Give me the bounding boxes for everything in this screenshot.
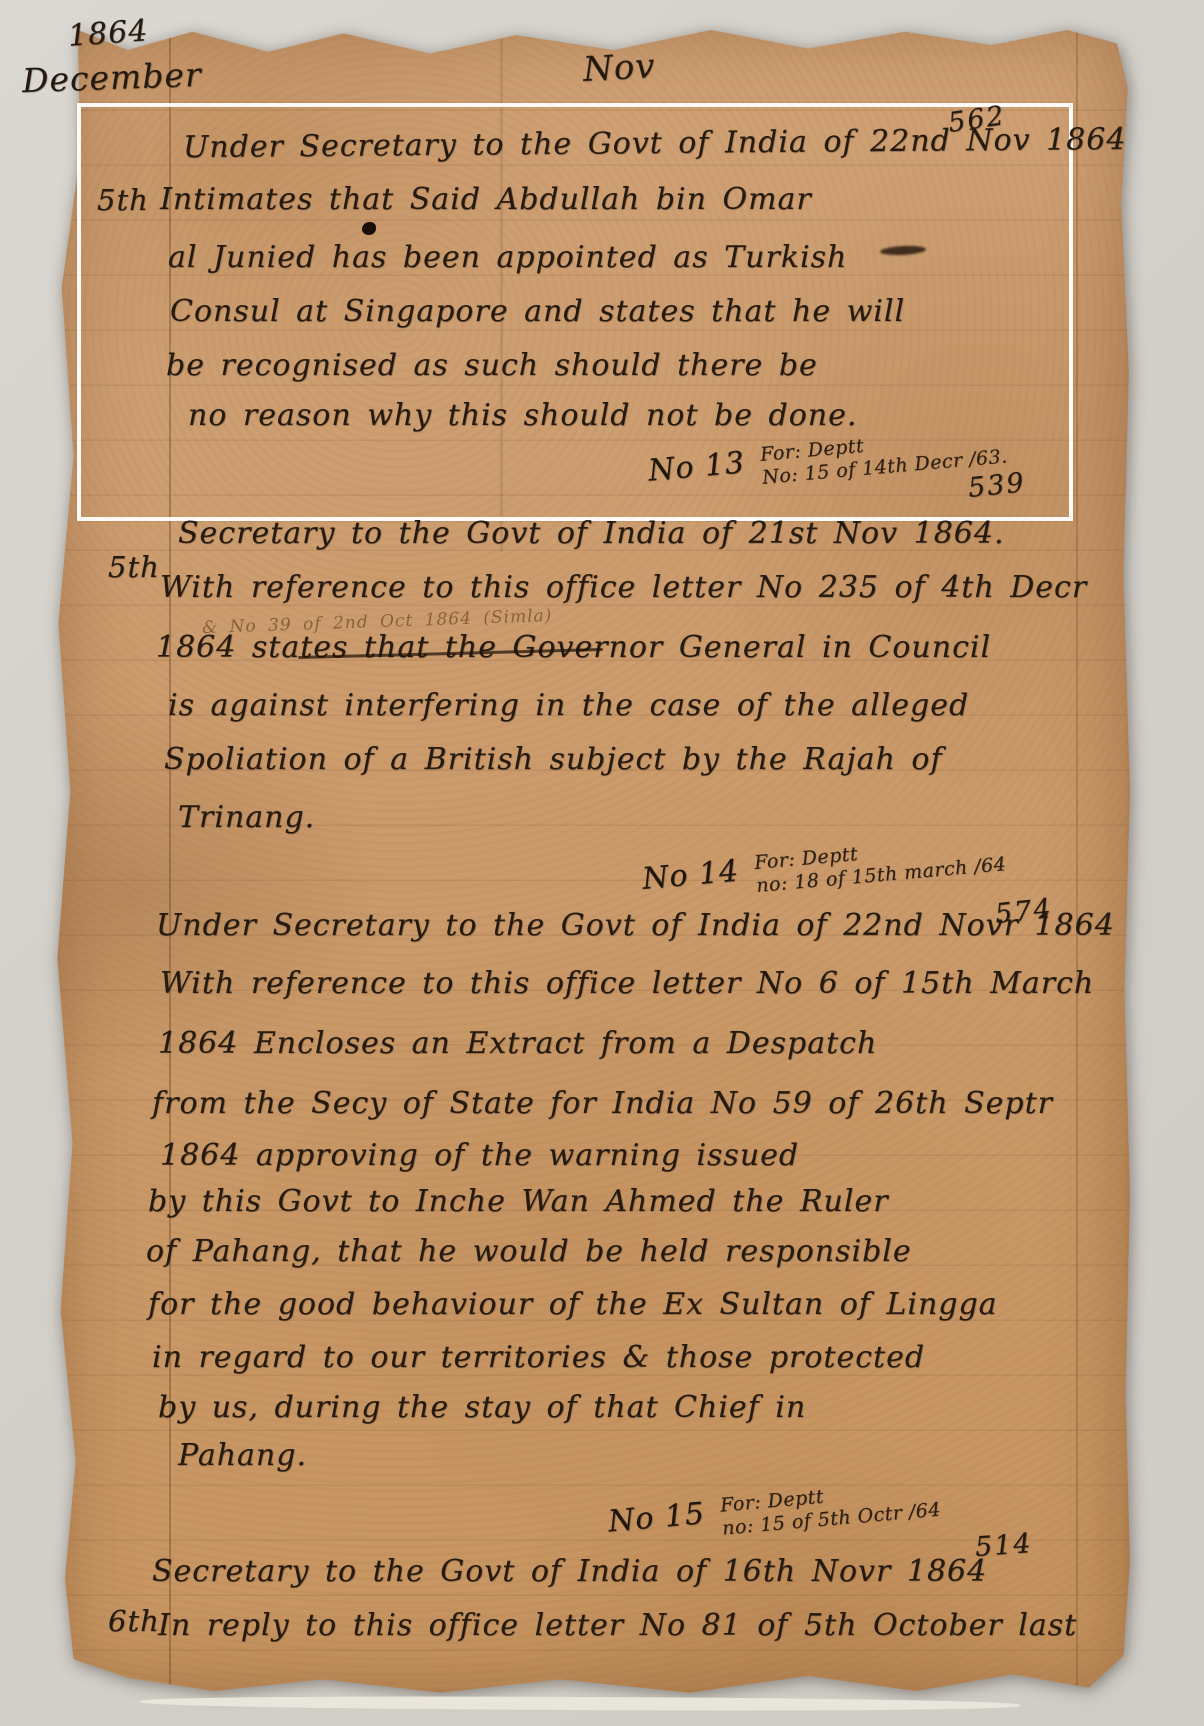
manuscript-line: of Pahang, that he would be held respons… [146,1234,912,1269]
year-label: 1864 [67,13,150,54]
manuscript-line: Trinang. [178,800,315,835]
docket-number: No 14 [641,853,741,896]
manuscript-line: from the Secy of State for India No 59 o… [152,1086,1053,1121]
docket-number: No 13 [647,445,747,488]
ink-blot [362,222,376,235]
manuscript-line: Pahang. [178,1438,307,1473]
manuscript-line: Intimates that Said Abdullah bin Omar [160,182,812,217]
manuscript-line: be recognised as such should there be [166,348,818,383]
scanner-background: 1864 December Nov 5th 562 Under Secretar… [0,0,1204,1726]
month-heading: Nov [582,46,656,90]
manuscript-line: 1864 states that the Governor General in… [156,630,991,665]
manuscript-line: With reference to this office letter No … [160,966,1094,1001]
manuscript-line: al Junied has been appointed as Turkish [168,240,847,275]
manuscript-line: 1864 Encloses an Extract from a Despatch [158,1026,877,1061]
margin-date: 6th [108,1604,160,1638]
docket-number: No 15 [607,1496,707,1539]
month-label: December [21,55,202,100]
manuscript-line: Spoliation of a British subject by the R… [164,742,943,777]
manuscript-line: 1864 approving of the warning issued [160,1138,799,1173]
manuscript-line: is against interfering in the case of th… [168,688,969,723]
manuscript-line: by us, during the stay of that Chief in [158,1390,806,1425]
manuscript-line: Under Secretary to the Govt of India of … [156,908,1115,943]
manuscript-line: Consul at Singapore and states that he w… [170,294,905,329]
manuscript-line: In reply to this office letter No 81 of … [158,1608,1077,1643]
manuscript-line: Secretary to the Govt of India of 16th N… [152,1554,987,1589]
margin-date: 5th [108,550,160,584]
right-margin-rule [1076,28,1078,1688]
margin-date: 5th [97,183,149,217]
manuscript-line: With reference to this office letter No … [160,570,1087,605]
manuscript-line: in regard to our territories & those pro… [152,1340,925,1375]
ref-number: 539 [967,467,1027,504]
manuscript-line: by this Govt to Inche Wan Ahmed the Rule… [148,1184,889,1219]
manuscript-line: Secretary to the Govt of India of 21st N… [178,516,1005,551]
manuscript-line: for the good behaviour of the Ex Sultan … [148,1287,998,1322]
manuscript-line: no reason why this should not be done. [188,398,857,433]
